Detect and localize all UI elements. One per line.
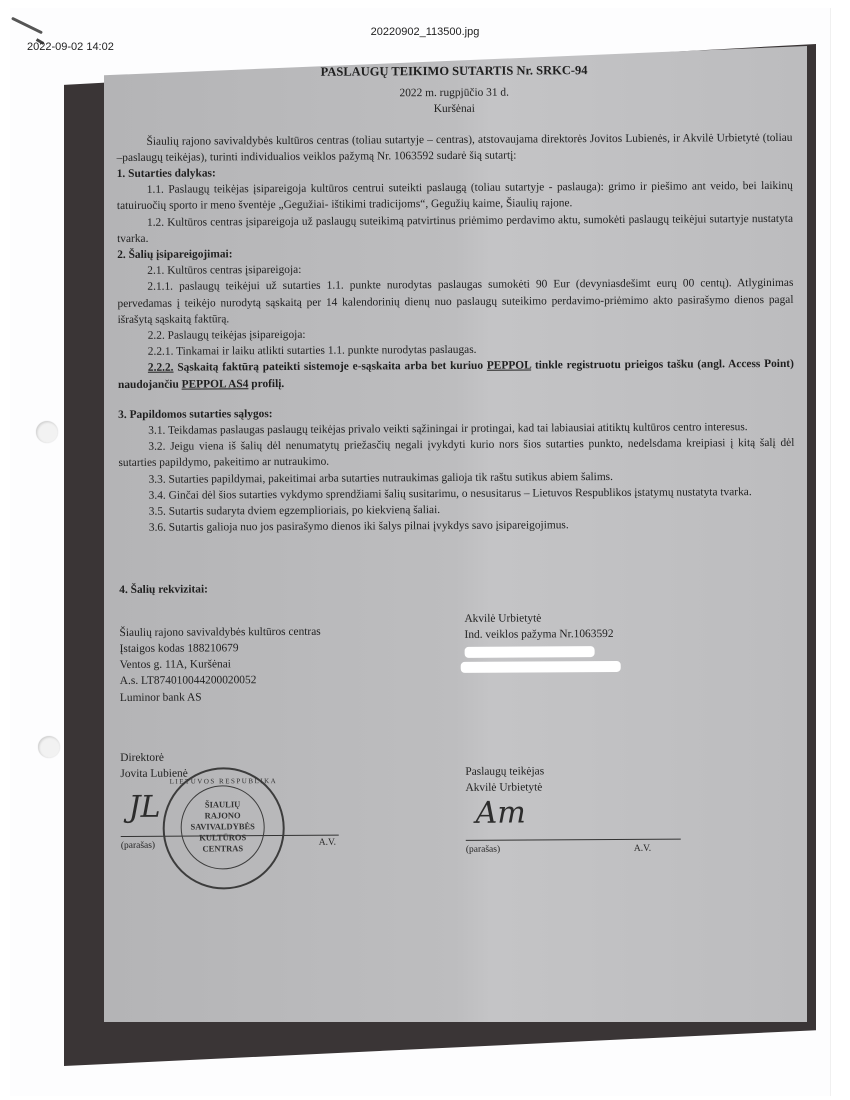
stamp-place-label: A.V.	[634, 840, 651, 856]
clause-invoice-peppol: 2.2.2. Sąskaitą faktūrą pateikti sistemo…	[118, 356, 794, 393]
signature-block-provider: Paslaugų teikėjas Akvilė Urbietytė Am (p…	[465, 746, 786, 914]
requisites-service-provider: Akvilė Urbietytė Ind. veiklos pažyma Nr.…	[464, 609, 785, 704]
redacted-field	[465, 646, 595, 658]
redacted-field	[461, 661, 621, 673]
stamp-place-label: A.V.	[319, 834, 336, 850]
scan-timestamp: 2022-09-02 14:02	[27, 41, 114, 53]
signatures: Direktorė Jovita Lubienė JL (parašas) A.…	[120, 746, 797, 916]
handwritten-signature: Am	[476, 805, 526, 822]
signature-caption: (parašas)	[121, 837, 155, 853]
scan-filename: 20220902_113500.jpg	[0, 26, 850, 38]
clause: 3.2. Jeigu viena iš šalių dėl nenumatytų…	[118, 435, 794, 472]
peppol-as4-term: PEPPOL AS4	[182, 378, 249, 390]
signature-caption: (parašas)	[466, 841, 500, 857]
clause: 2.1.1. paslaugų teikėjui už sutarties 1.…	[117, 275, 793, 328]
signature-block-director: Direktorė Jovita Lubienė JL (parašas) A.…	[120, 748, 466, 900]
section-heading: 4. Šalių rekvizitai:	[119, 578, 795, 598]
clause: 1.2. Kultūros centras įsipareigoja už pa…	[117, 210, 793, 247]
punch-hole	[36, 421, 58, 443]
handwritten-signature: JL	[129, 799, 161, 815]
contract-intro: Šiaulių rajono savivaldybės kultūros cen…	[116, 129, 792, 166]
contract-document: PASLAUGŲ TEIKIMO SUTARTIS Nr. SRKC-94 20…	[116, 56, 797, 916]
clause-number: 2.2.2.	[148, 362, 174, 374]
peppol-term: PEPPOL	[487, 360, 531, 372]
contract-title: PASLAUGŲ TEIKIMO SUTARTIS Nr. SRKC-94	[116, 61, 792, 81]
requisites-culture-centre: Šiaulių rajono savivaldybės kultūros cen…	[119, 623, 464, 706]
clause: 1.1. Paslaugų teikėjas įsipareigoja kult…	[117, 178, 793, 215]
requisites: Šiaulių rajono savivaldybės kultūros cen…	[119, 621, 795, 706]
official-stamp: LIETUVOS RESPUBLIKA ŠIAULIŲ RAJONO SAVIV…	[162, 767, 285, 890]
punch-hole	[38, 736, 60, 758]
